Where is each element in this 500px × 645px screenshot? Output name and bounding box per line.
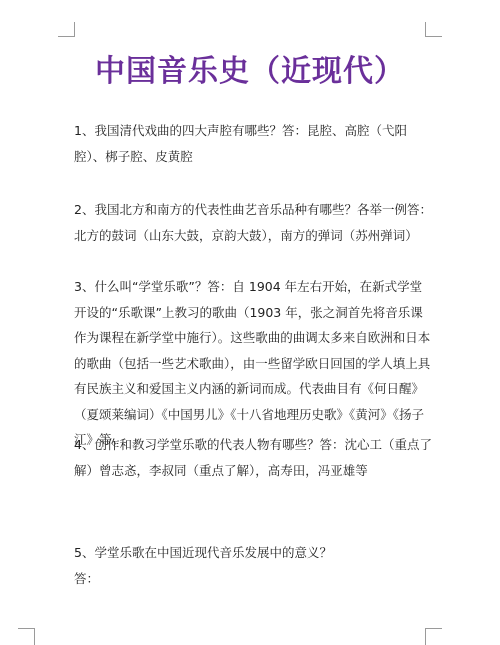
question-4: 4、创作和教习学堂乐歌的代表人物有哪些？答：沈心工（重点了解）曾志忞，李叔同（重… [74,432,434,483]
page-corner-mark-top-left [58,22,75,37]
question-5-answer: 答： [74,566,434,592]
question-1: 1、我国清代戏曲的四大声腔有哪些？答：昆腔、高腔（弋阳腔）、梆子腔、皮黄腔 [74,118,434,169]
question-5: 5、学堂乐歌在中国近现代音乐发展中的意义？ [74,540,434,566]
document-title: 中国音乐史（近现代） [0,46,500,90]
question-2: 2、我国北方和南方的代表性曲艺音乐品种有哪些？各举一例答：北方的鼓词（山东大鼓，… [74,197,434,248]
page-corner-mark-top-right [425,22,442,37]
page-corner-mark-bottom-left [18,628,35,645]
question-3: 3、什么叫“学堂乐歌”？答：自 1904 年左右开始，在新式学堂开设的“乐歌课”… [74,274,434,453]
page-corner-mark-bottom-right [425,628,442,645]
